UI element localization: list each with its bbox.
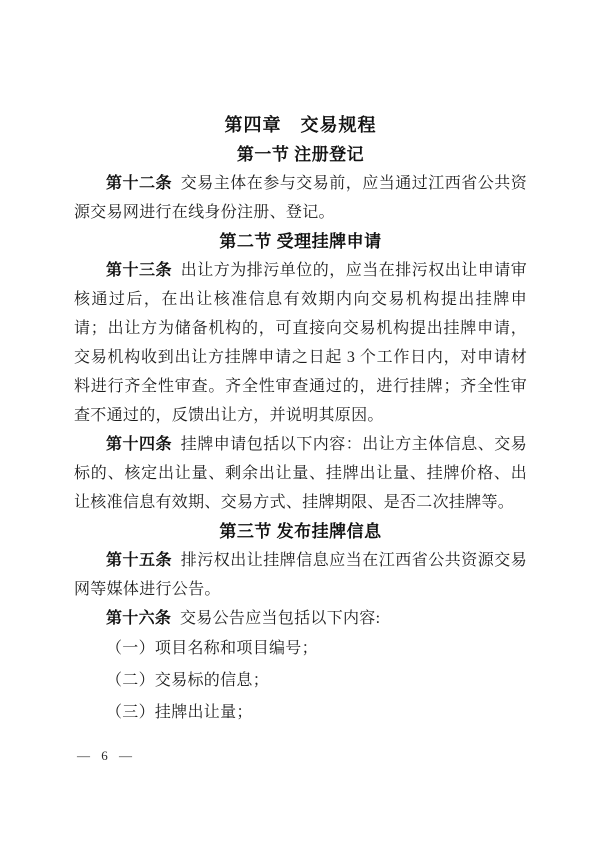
article-paragraph-16: 第十六条交易公告应当包括以下内容: — [74, 604, 527, 633]
page-number: — 6 — — [77, 748, 136, 764]
article-paragraph-14: 第十四条挂牌申请包括以下内容：出让方主体信息、交易标的、核定出让量、剩余出让量、… — [74, 430, 527, 517]
document-page: 第四章 交易规程 第一节 注册登记 第十二条交易主体在参与交易前，应当通过江西省… — [0, 0, 600, 848]
article-paragraph-12: 第十二条交易主体在参与交易前，应当通过江西省公共资源交易网进行在线身份注册、登记… — [74, 169, 527, 227]
section-heading-3: 第三节 发布挂牌信息 — [74, 517, 527, 546]
chapter-heading: 第四章 交易规程 — [74, 111, 527, 140]
article-number-12: 第十二条 — [106, 175, 172, 192]
article-paragraph-15: 第十五条排污权出让挂牌信息应当在江西省公共资源交易网等媒体进行公告。 — [74, 546, 527, 604]
list-item-3: （三）挂牌出让量； — [74, 697, 527, 729]
section-heading-2: 第二节 受理挂牌申请 — [74, 227, 527, 256]
article-paragraph-13: 第十三条出让方为排污单位的，应当在排污权出让申请审核通过后，在出让核准信息有效期… — [74, 256, 527, 430]
article-number-15: 第十五条 — [106, 552, 172, 569]
list-item-1: （一）项目名称和项目编号； — [74, 633, 527, 665]
article-number-16: 第十六条 — [106, 610, 171, 627]
section-heading-1: 第一节 注册登记 — [74, 140, 527, 169]
document-text-block: 第四章 交易规程 第一节 注册登记 第十二条交易主体在参与交易前，应当通过江西省… — [74, 111, 527, 729]
article-text-13: 出让方为排污单位的，应当在排污权出让申请审核通过后，在出让核准信息有效期内向交易… — [74, 262, 527, 424]
article-text-16: 交易公告应当包括以下内容: — [180, 610, 380, 627]
list-item-2: （二）交易标的信息； — [74, 665, 527, 697]
article-number-14: 第十四条 — [106, 436, 172, 453]
article-number-13: 第十三条 — [106, 262, 172, 279]
